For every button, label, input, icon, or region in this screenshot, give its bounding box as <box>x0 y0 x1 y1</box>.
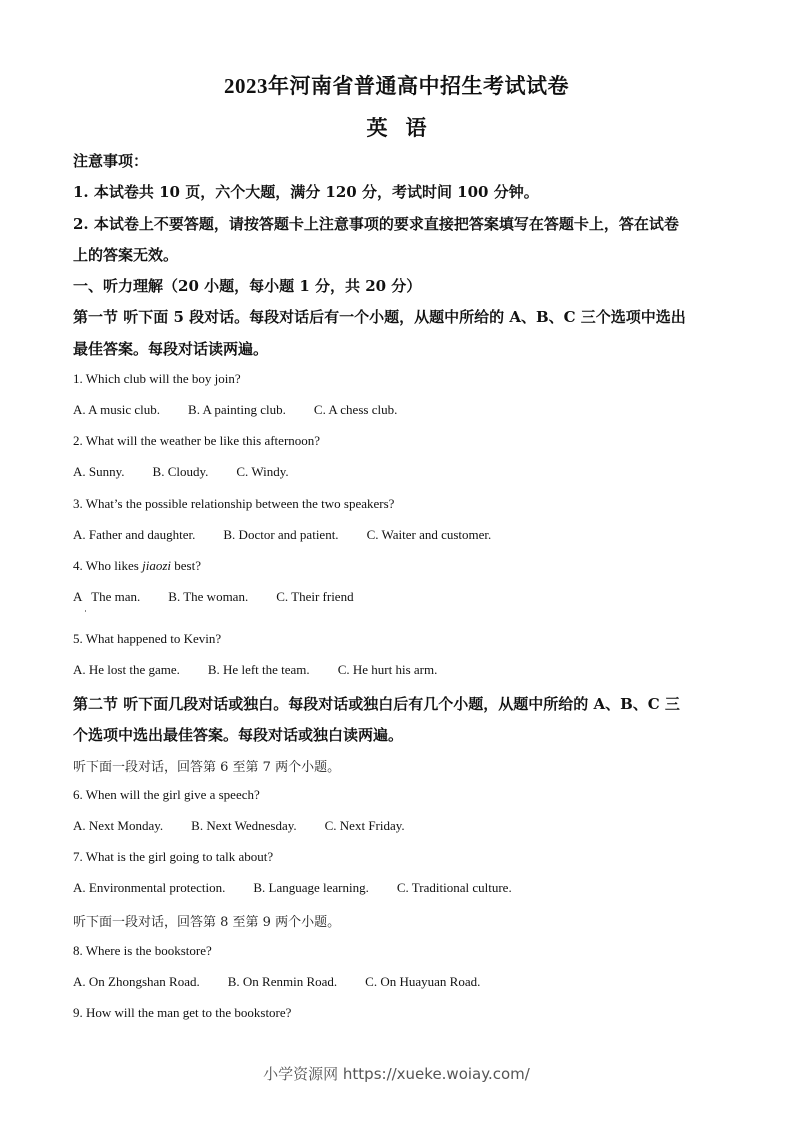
notice-item-2-cont: 上的答案无效。 <box>73 244 178 265</box>
subject-char-1: 英 <box>367 112 388 142</box>
option-b: B. A painting club. <box>188 402 286 418</box>
question-5-options: A. He lost the game.B. He left the team.… <box>73 662 437 678</box>
question-6-stem: 6. When will the girl give a speech? <box>73 787 260 803</box>
section1-instructions-2: 最佳答案。每段对话读两遍。 <box>73 338 268 359</box>
option-c: C. Next Friday. <box>325 818 405 834</box>
question-2-stem: 2. What will the weather be like this af… <box>73 433 320 449</box>
subject-char-2: 语 <box>406 112 427 142</box>
option-c: C. He hurt his arm. <box>338 662 438 678</box>
question-5-stem: 5. What happened to Kevin? <box>73 631 221 647</box>
option-a: A. Father and daughter. <box>73 527 195 543</box>
question-4-stem-post: best? <box>171 558 201 573</box>
question-7-stem: 7. What is the girl going to talk about? <box>73 849 273 865</box>
option-b: B. On Renmin Road. <box>228 974 337 990</box>
notice-item-2: 2. 本试卷上不要答题，请按答题卡上注意事项的要求直接把答案填写在答题卡上，答在… <box>73 213 679 234</box>
part1-heading: 一、听力理解（20 小题，每小题 1 分，共 20 分） <box>73 275 421 296</box>
question-4-stem: 4. Who likes jiaozi best? <box>73 558 201 574</box>
option-c: C. Traditional culture. <box>397 880 512 896</box>
option-b: B. Cloudy. <box>153 464 209 480</box>
option-c: C. A chess club. <box>314 402 397 418</box>
question-4-options: A The man.B. The woman.C. Their friend <box>73 589 354 605</box>
question-4-stem-pre: 4. Who likes <box>73 558 142 573</box>
question-3-options: A. Father and daughter.B. Doctor and pat… <box>73 527 491 543</box>
group-1-note: 听下面一段对话，回答第 6 至第 7 两个小题。 <box>73 756 340 775</box>
notice-item-1: 1. 本试卷共 10 页，六个大题，满分 120 分，考试时间 100 分钟。 <box>73 181 539 202</box>
question-6-options: A. Next Monday.B. Next Wednesday.C. Next… <box>73 818 405 834</box>
exam-page: 2023年河南省普通高中招生考试试卷 英语 注意事项： 1. 本试卷共 10 页… <box>0 0 793 1122</box>
option-b: B. Language learning. <box>253 880 369 896</box>
option-c: C. Windy. <box>236 464 288 480</box>
option-a: A. On Zhongshan Road. <box>73 974 200 990</box>
question-8-stem: 8. Where is the bookstore? <box>73 943 212 959</box>
footer-watermark: 小学资源网 https://xueke.woiay.com/ <box>0 1063 793 1084</box>
section2-instructions-1: 第二节 听下面几段对话或独白。每段对话或独白后有几个小题，从题中所给的 A、B、… <box>73 693 680 714</box>
section2-instructions-2: 个选项中选出最佳答案。每段对话或独白读两遍。 <box>73 724 403 745</box>
question-1-stem: 1. Which club will the boy join? <box>73 371 241 387</box>
option-a: A. Next Monday. <box>73 818 163 834</box>
option-a: A The man. <box>73 589 140 605</box>
question-9-stem: 9. How will the man get to the bookstore… <box>73 1005 291 1021</box>
option-a: A. Environmental protection. <box>73 880 225 896</box>
question-2-options: A. Sunny.B. Cloudy.C. Windy. <box>73 464 289 480</box>
question-4-stem-italic: jiaozi <box>142 558 171 573</box>
scan-artifact-dot <box>85 610 86 612</box>
option-a: A. He lost the game. <box>73 662 180 678</box>
section1-instructions-1: 第一节 听下面 5 段对话。每段对话后有一个小题，从题中所给的 A、B、C 三个… <box>73 306 686 327</box>
option-a: A. A music club. <box>73 402 160 418</box>
question-3-stem: 3. What’s the possible relationship betw… <box>73 496 394 512</box>
subject-title: 英语 <box>0 112 793 142</box>
exam-title: 2023年河南省普通高中招生考试试卷 <box>0 70 793 100</box>
option-b: B. He left the team. <box>208 662 310 678</box>
question-8-options: A. On Zhongshan Road.B. On Renmin Road.C… <box>73 974 480 990</box>
question-7-options: A. Environmental protection.B. Language … <box>73 880 512 896</box>
notice-heading: 注意事项： <box>73 150 148 171</box>
option-b: B. Next Wednesday. <box>191 818 296 834</box>
option-b: B. The woman. <box>168 589 248 605</box>
option-b: B. Doctor and patient. <box>223 527 338 543</box>
option-c: C. On Huayuan Road. <box>365 974 480 990</box>
question-1-options: A. A music club.B. A painting club.C. A … <box>73 402 397 418</box>
group-2-note: 听下面一段对话，回答第 8 至第 9 两个小题。 <box>73 911 340 930</box>
option-a: A. Sunny. <box>73 464 125 480</box>
option-c: C. Waiter and customer. <box>367 527 492 543</box>
option-c: C. Their friend <box>276 589 353 605</box>
